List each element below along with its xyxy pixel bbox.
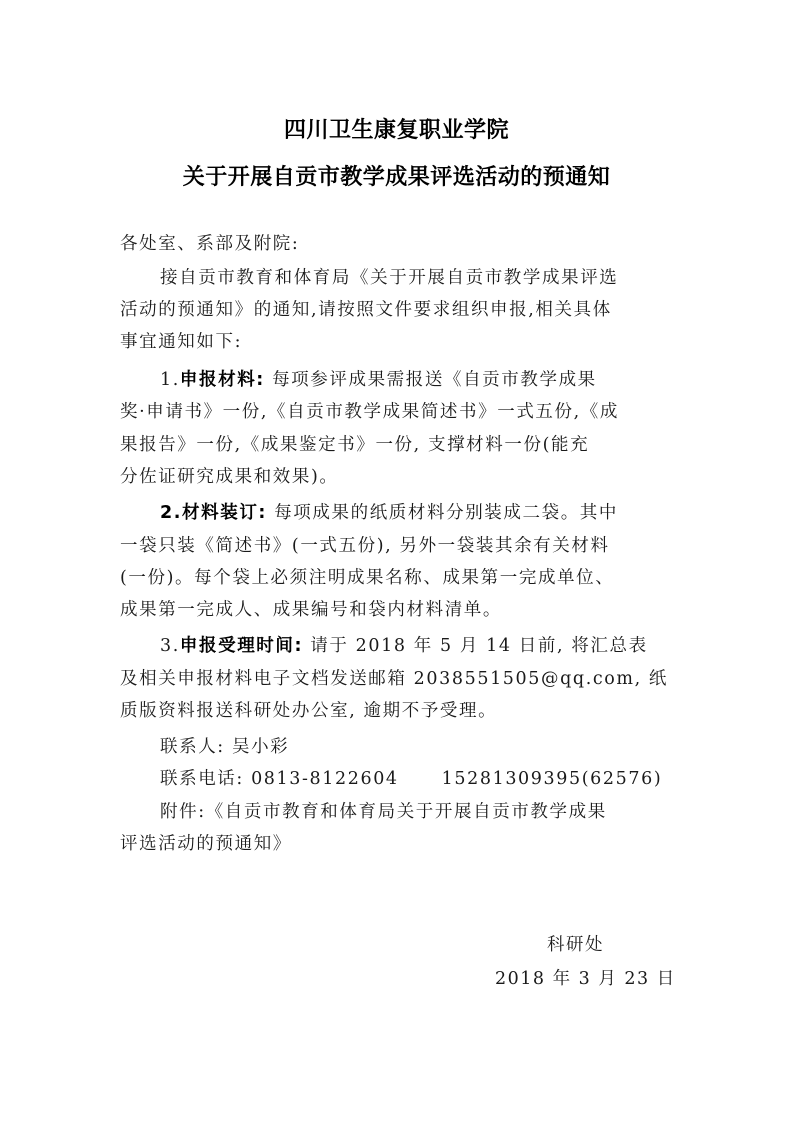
- item-3-line: 及相关申报材料电子文档发送邮箱 2038551505@qq.com, 纸: [120, 667, 680, 691]
- item-2-number: 2.: [160, 503, 182, 523]
- contact-person-name: 吴小彩: [232, 737, 289, 757]
- item-2-heading: 材料装订:: [182, 503, 267, 523]
- organization-title: 四川卫生康复职业学院: [0, 113, 793, 144]
- item-3-number: 3.: [160, 636, 180, 656]
- contact-phone: 联系电话: 0813-8122604 15281309395(62576): [160, 767, 720, 791]
- document-page: 四川卫生康复职业学院 关于开展自贡市教学成果评选活动的预通知 各处室、系部及附院…: [0, 0, 793, 1122]
- item-2-line: 成果第一完成人、成果编号和袋内材料清单。: [120, 598, 680, 622]
- attachment-line: 评选活动的预通知》: [120, 832, 680, 856]
- attachment-label: 附件:: [160, 802, 206, 822]
- notice-title: 关于开展自贡市教学成果评选活动的预通知: [0, 160, 793, 191]
- item-3-line: 质版资料报送科研处办公室, 逾期不予受理。: [120, 699, 680, 723]
- attachment-title: 《自贡市教育和体育局关于开展自贡市教学成果: [206, 802, 607, 822]
- item-3-heading: 申报受理时间:: [180, 636, 303, 656]
- intro-line: 事宜通知如下:: [120, 330, 680, 354]
- contact-phone-label: 联系电话:: [160, 769, 244, 789]
- contact-person: 联系人: 吴小彩: [160, 735, 720, 759]
- item-2-first-line: 2.材料装订: 每项成果的纸质材料分别装成二袋。其中: [160, 501, 720, 525]
- intro-line: 接自贡市教育和体育局《关于开展自贡市教学成果评选: [160, 266, 720, 290]
- item-3-text: 请于 2018 年 5 月 14 日前, 将汇总表: [310, 636, 647, 656]
- item-1-text: 每项参评成果需报送《自贡市教学成果: [272, 370, 597, 390]
- salutation: 各处室、系部及附院:: [120, 232, 680, 256]
- item-1-first-line: 1.申报材料: 每项参评成果需报送《自贡市教学成果: [160, 368, 720, 392]
- intro-line: 活动的预通知》的通知,请按照文件要求组织申报,相关具体: [120, 298, 680, 322]
- item-1-heading: 申报材料:: [180, 370, 265, 390]
- contact-phone-office: 0813-8122604: [251, 769, 399, 789]
- attachment: 附件:《自贡市教育和体育局关于开展自贡市教学成果: [160, 800, 720, 824]
- item-1-line: 果报告》一份,《成果鉴定书》一份, 支撑材料一份(能充: [120, 433, 680, 457]
- item-2-line: (一份)。每个袋上必须注明成果名称、成果第一完成单位、: [120, 566, 680, 590]
- contact-phone-mobile: 15281309395(62576): [442, 769, 663, 789]
- item-2-text: 每项成果的纸质材料分别装成二袋。其中: [274, 503, 618, 523]
- signature-department: 科研处: [547, 933, 604, 957]
- contact-person-label: 联系人:: [160, 737, 225, 757]
- item-1-line: 奖·申请书》一份,《自贡市教学成果简述书》一式五份,《成: [120, 400, 680, 424]
- item-1-number: 1.: [160, 370, 180, 390]
- signature-date: 2018 年 3 月 23 日: [495, 967, 676, 991]
- item-1-line: 分佐证研究成果和效果)。: [120, 465, 680, 489]
- item-3-first-line: 3.申报受理时间: 请于 2018 年 5 月 14 日前, 将汇总表: [160, 634, 720, 658]
- item-2-line: 一袋只装《简述书》(一式五份), 另外一袋装其余有关材料: [120, 534, 680, 558]
